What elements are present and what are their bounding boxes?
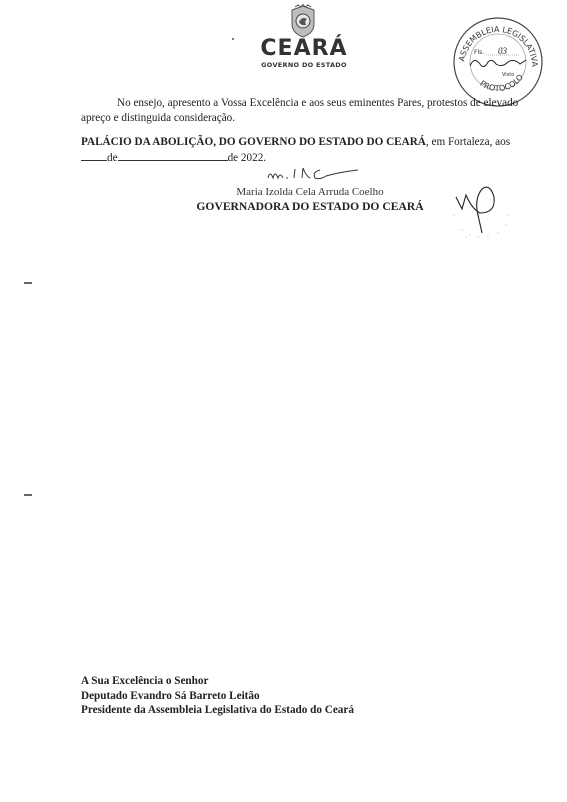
- brand-subtitle: GOVERNO DO ESTADO: [248, 61, 360, 69]
- closing-paragraph: No ensejo, apresento a Vossa Excelência …: [81, 96, 541, 126]
- closing-paragraph-text: No ensejo, apresento a Vossa Excelência …: [81, 97, 518, 124]
- state-coat-of-arms-icon: [289, 4, 317, 38]
- date-de-1: de: [107, 152, 118, 164]
- addressee-salutation: A Sua Excelência o Senhor: [81, 674, 481, 689]
- svg-text:Visto: Visto: [502, 72, 514, 78]
- handwritten-initials-icon: [448, 175, 528, 245]
- handwritten-signature-icon: [240, 160, 380, 186]
- addressee-position: Presidente da Assembleia Legislativa do …: [81, 703, 481, 718]
- day-blank: [81, 150, 107, 161]
- signature-block: Maria Izolda Cela Arruda Coelho GOVERNAD…: [180, 160, 440, 214]
- brand-title: CEARÁ: [248, 38, 360, 60]
- signatory-title: GOVERNADORA DO ESTADO DO CEARÁ: [180, 199, 440, 214]
- palace-name: PALÁCIO DA ABOLIÇÃO, DO GOVERNO DO ESTAD…: [81, 136, 426, 148]
- svg-text:03: 03: [498, 46, 508, 56]
- punch-hole-mark: [24, 282, 32, 284]
- scan-speck: [232, 38, 234, 40]
- addressee-block: A Sua Excelência o Senhor Deputado Evand…: [81, 674, 481, 718]
- punch-hole-mark: [24, 494, 32, 496]
- city-text: , em Fortaleza, aos: [426, 136, 510, 148]
- signatory-name: Maria Izolda Cela Arruda Coelho: [180, 186, 440, 199]
- svg-text:Fls.: Fls.: [474, 49, 484, 56]
- addressee-name: Deputado Evandro Sá Barreto Leitão: [81, 689, 481, 704]
